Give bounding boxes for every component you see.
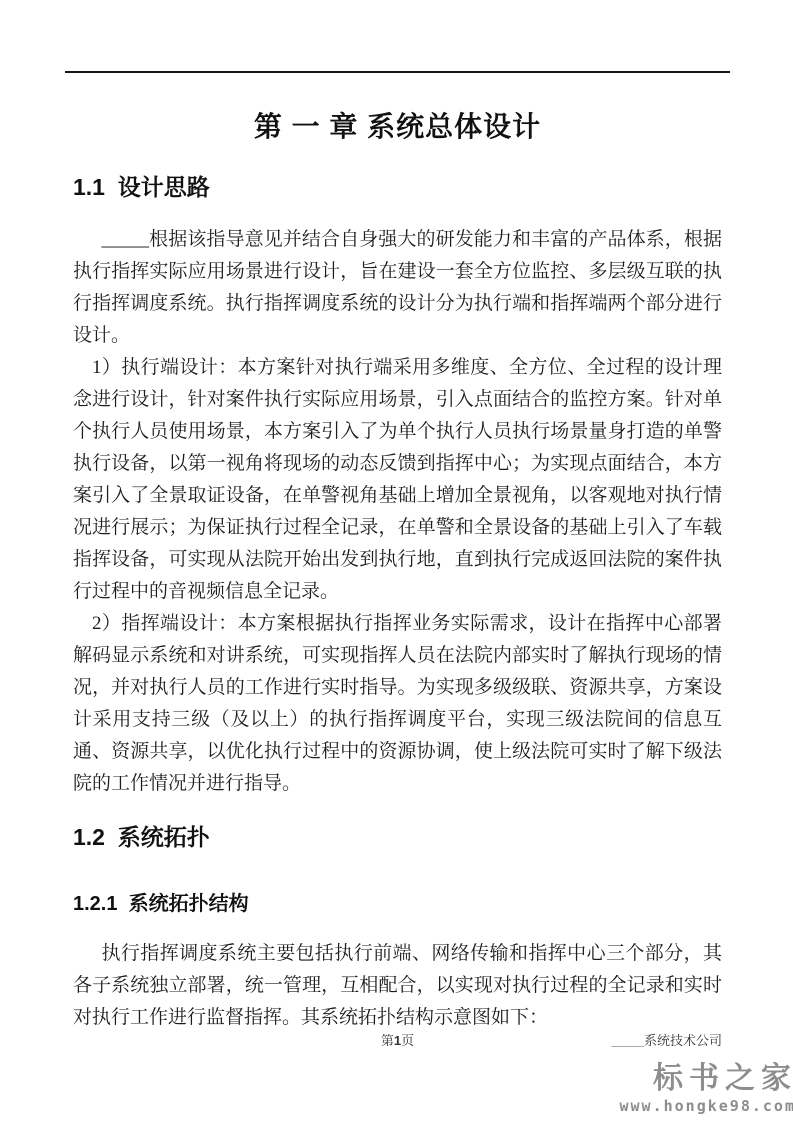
section-heading-1-2: 1.2 系统拓扑 [73, 822, 722, 852]
section-heading-1-2-1: 1.2.1 系统拓扑结构 [73, 890, 722, 918]
paragraph-execution-end-design: 1）执行端设计：本方案针对执行端采用多维度、全方位、全过程的设计理念进行设计，针… [73, 352, 722, 608]
watermark: 标书之家 www.hongke98.com [620, 1062, 793, 1115]
watermark-logo-text: 标书之家 [620, 1062, 793, 1096]
document-page: 第 一 章 系统总体设计 1.1 设计思路 _____根据该指导意见并结合自身强… [0, 0, 793, 1122]
footer-company-name: 系统技术公司 [644, 1033, 722, 1048]
chapter-title: 第 一 章 系统总体设计 [73, 106, 722, 148]
page-number-suffix: 页 [401, 1033, 414, 1048]
footer-company-blank: _____ [611, 1033, 644, 1048]
section-heading-1-1: 1.1 设计思路 [73, 172, 722, 202]
header-rule [65, 71, 730, 73]
page-footer: 第1页 _____系统技术公司 [73, 1030, 722, 1052]
paragraph-topology-structure: 执行指挥调度系统主要包括执行前端、网络传输和指挥中心三个部分，其各子系统独立部署… [73, 938, 722, 1034]
paragraph-design-intro: _____根据该指导意见并结合自身强大的研发能力和丰富的产品体系，根据执行指挥实… [73, 224, 722, 352]
watermark-url: www.hongke98.com [620, 1097, 793, 1115]
footer-company: _____系统技术公司 [611, 1030, 722, 1049]
page-number-prefix: 第 [381, 1033, 394, 1048]
paragraph-command-end-design: 2）指挥端设计：本方案根据执行指挥业务实际需求，设计在指挥中心部署解码显示系统和… [73, 608, 722, 800]
